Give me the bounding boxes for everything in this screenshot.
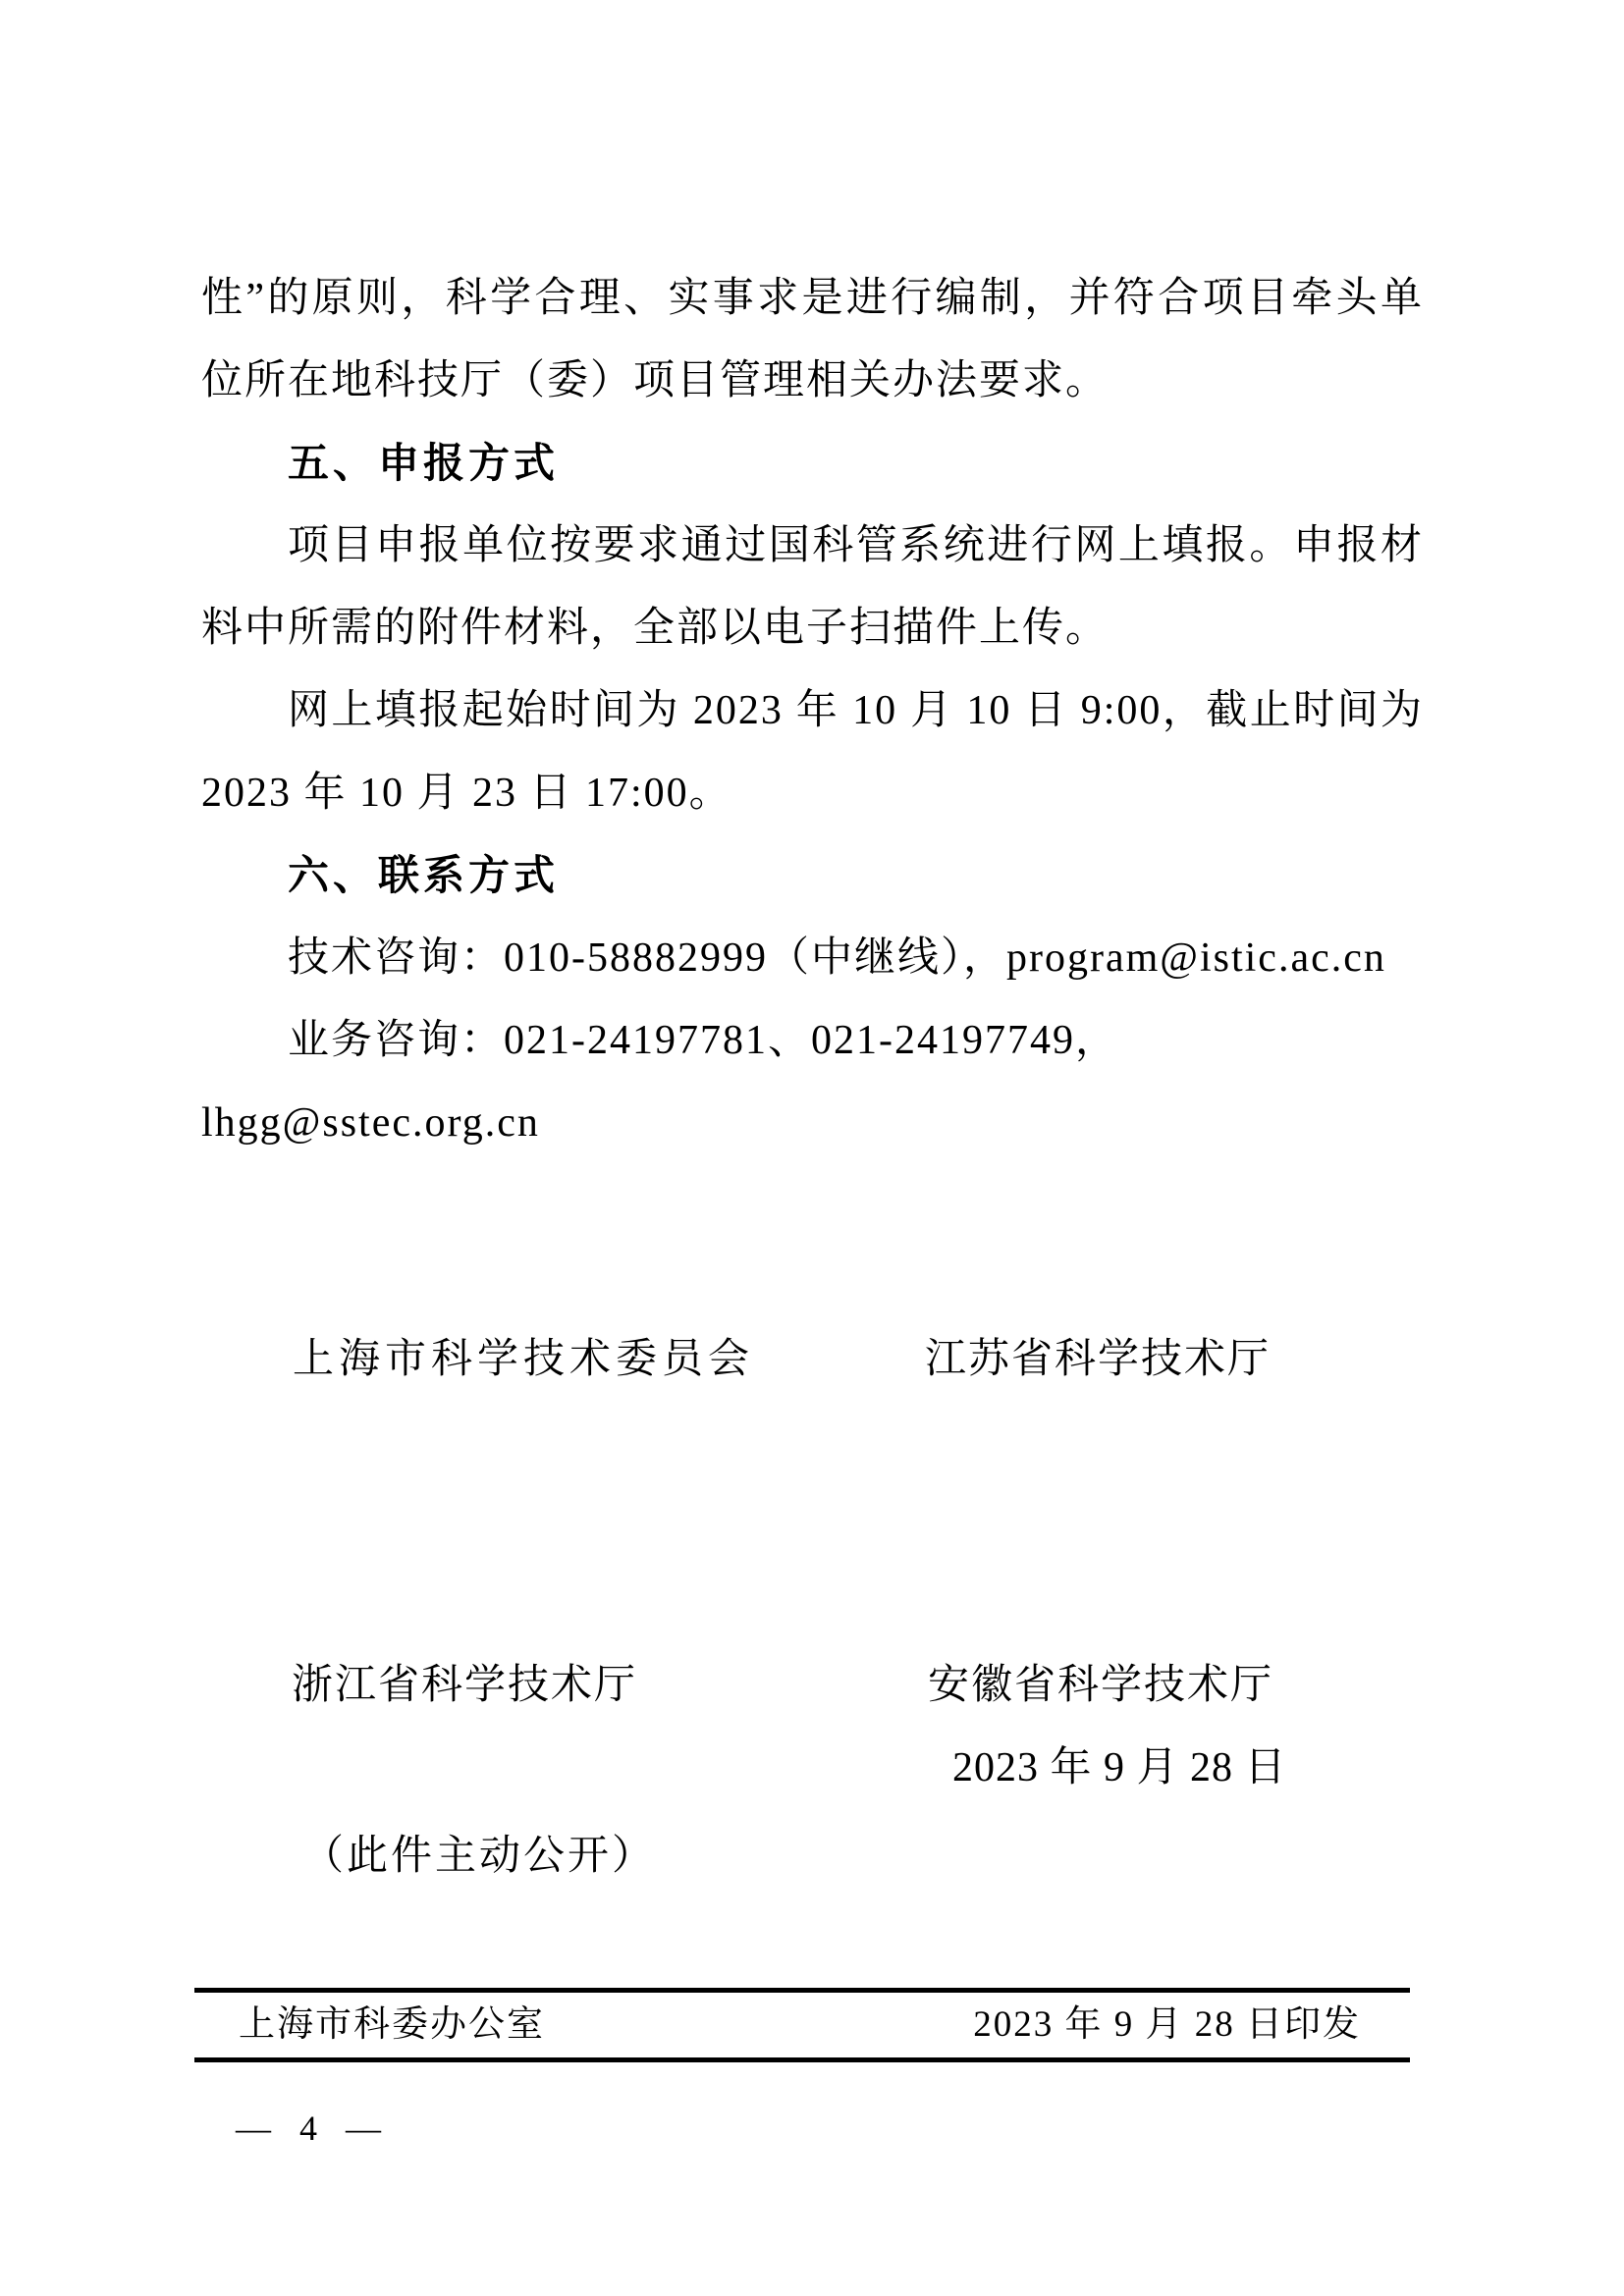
contact-business-line: 业务咨询：021-24197781、021-24197749，lhgg@sste… xyxy=(201,999,1424,1082)
signature-zhejiang: 浙江省科学技术厅 xyxy=(292,1663,637,1708)
signature-date: 2023 年 9 月 28 日 xyxy=(952,1745,1287,1790)
section-apply-heading: 五、申报方式 xyxy=(201,422,1424,505)
paragraph-deadline-line2: 2023 年 10 月 23 日 17:00。 xyxy=(201,752,1424,834)
contact-tech-line: 技术咨询：010-58882999（中继线），program@istic.ac.… xyxy=(201,917,1424,999)
signature-jiangsu: 江苏省科学技术厅 xyxy=(925,1337,1271,1382)
section-contact-heading: 六、联系方式 xyxy=(201,834,1424,917)
signature-shanghai: 上海市科学技术委员会 xyxy=(293,1337,754,1382)
footer-print-date: 2023 年 9 月 28 日印发 xyxy=(973,1993,1361,2057)
paragraph-deadline-line1: 网上填报起始时间为 2023 年 10 月 10 日 9:00，截止时间为 xyxy=(201,669,1424,752)
disclosure-note: （此件主动公开） xyxy=(302,1834,656,1879)
footer-row: 上海市科委办公室 2023 年 9 月 28 日印发 xyxy=(194,1993,1410,2057)
paragraph-apply-line2: 料中所需的附件材料，全部以电子扫描件上传。 xyxy=(201,587,1424,669)
paragraph-principle-line2: 位所在地科技厅（委）项目管理相关办法要求。 xyxy=(201,340,1424,422)
paragraph-principle-line1: 性”的原则，科学合理、实事求是进行编制，并符合项目牵头单 xyxy=(201,257,1424,340)
document-body: 性”的原则，科学合理、实事求是进行编制，并符合项目牵头单 位所在地科技厅（委）项… xyxy=(201,257,1424,1082)
footer-rule-bottom xyxy=(194,2057,1410,2062)
signature-anhui: 安徽省科学技术厅 xyxy=(928,1663,1273,1708)
page-number: — 4 — xyxy=(236,2109,391,2148)
document-page: 性”的原则，科学合理、实事求是进行编制，并符合项目牵头单 位所在地科技厅（委）项… xyxy=(0,0,1624,2296)
paragraph-apply-line1: 项目申报单位按要求通过国科管系统进行网上填报。申报材 xyxy=(201,505,1424,587)
footer-issuing-office: 上海市科委办公室 xyxy=(239,1993,545,2057)
